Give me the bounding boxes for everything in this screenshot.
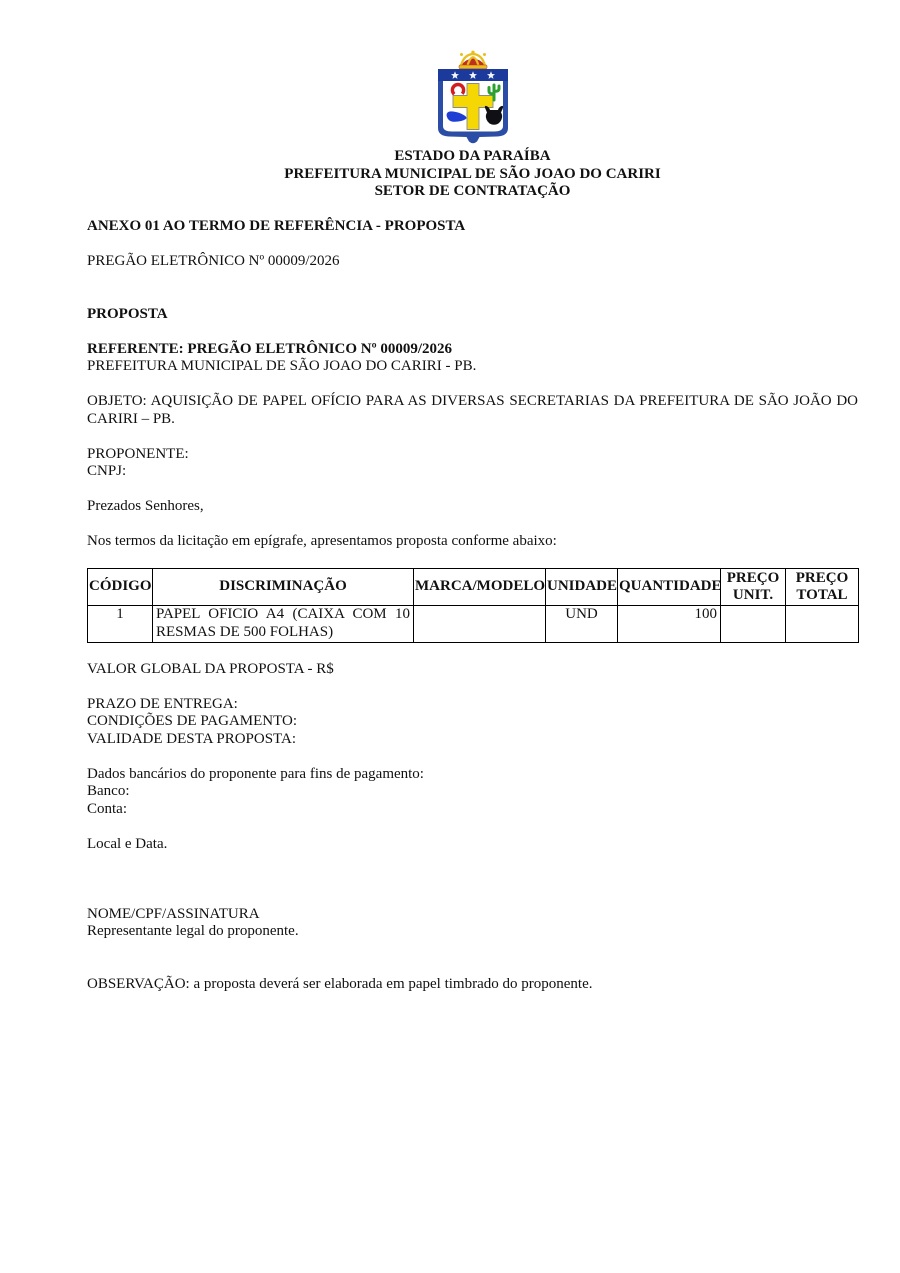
signature-role-line: Representante legal do proponente. bbox=[87, 923, 858, 941]
table-row: 1 PAPEL OFICIO A4 (CAIXA COM 10 RESMAS D… bbox=[88, 606, 859, 643]
payment-terms-label: CONDIÇÕES DE PAGAMENTO: bbox=[87, 713, 858, 731]
items-table-header-row: CÓDIGO DISCRIMINAÇÃO MARCA/MODELO UNIDAD… bbox=[88, 569, 859, 606]
account-label: Conta: bbox=[87, 801, 858, 819]
reference-line: REFERENTE: PREGÃO ELETRÔNICO Nº 00009/20… bbox=[87, 341, 858, 359]
salutation-line: Prezados Senhores, bbox=[87, 498, 858, 516]
cell-preco-unit bbox=[721, 606, 786, 643]
municipal-crest-icon bbox=[431, 50, 515, 146]
cell-codigo: 1 bbox=[88, 606, 153, 643]
signature-caption: NOME/CPF/ASSINATURA bbox=[87, 906, 858, 924]
proposal-heading: PROPOSTA bbox=[87, 306, 858, 324]
cnpj-label: CNPJ: bbox=[87, 463, 858, 481]
col-header-preco-total: PREÇO TOTAL bbox=[786, 569, 859, 606]
bank-label: Banco: bbox=[87, 783, 858, 801]
org-header: ESTADO DA PARAÍBA PREFEITURA MUNICIPAL D… bbox=[87, 148, 858, 201]
intro-line: Nos termos da licitação em epígrafe, apr… bbox=[87, 533, 858, 551]
object-clause: OBJETO: AQUISIÇÃO DE PAPEL OFÍCIO PARA A… bbox=[87, 393, 858, 428]
document-content: ESTADO DA PARAÍBA PREFEITURA MUNICIPAL D… bbox=[87, 0, 858, 993]
bank-data-intro: Dados bancários do proponente para fins … bbox=[87, 766, 858, 784]
place-date-line: Local e Data. bbox=[87, 836, 858, 854]
org-municipality-line: PREFEITURA MUNICIPAL DE SÃO JOAO DO CARI… bbox=[87, 166, 858, 184]
observation-note: OBSERVAÇÃO: a proposta deverá ser elabor… bbox=[87, 976, 858, 994]
cell-preco-total bbox=[786, 606, 859, 643]
proponent-label: PROPONENTE: bbox=[87, 446, 858, 464]
annex-title: ANEXO 01 AO TERMO DE REFERÊNCIA - PROPOS… bbox=[87, 218, 858, 236]
reference-entity-line: PREFEITURA MUNICIPAL DE SÃO JOAO DO CARI… bbox=[87, 358, 858, 376]
col-header-codigo: CÓDIGO bbox=[88, 569, 153, 606]
shield-icon bbox=[438, 69, 508, 143]
org-department-line: SETOR DE CONTRATAÇÃO bbox=[87, 183, 858, 201]
col-header-unidade: UNIDADE bbox=[546, 569, 618, 606]
cell-unidade: UND bbox=[546, 606, 618, 643]
cell-quantidade: 100 bbox=[618, 606, 721, 643]
crown-icon bbox=[459, 51, 487, 69]
auction-number-line: PREGÃO ELETRÔNICO Nº 00009/2026 bbox=[87, 253, 858, 271]
col-header-marca-modelo: MARCA/MODELO bbox=[414, 569, 546, 606]
col-header-quantidade: QUANTIDADE bbox=[618, 569, 721, 606]
col-header-discriminacao: DISCRIMINAÇÃO bbox=[153, 569, 414, 606]
validity-label: VALIDADE DESTA PROPOSTA: bbox=[87, 731, 858, 749]
cell-discriminacao: PAPEL OFICIO A4 (CAIXA COM 10 RESMAS DE … bbox=[153, 606, 414, 643]
delivery-term-label: PRAZO DE ENTREGA: bbox=[87, 696, 858, 714]
global-value-line: VALOR GLOBAL DA PROPOSTA - R$ bbox=[87, 661, 858, 679]
col-header-preco-unit: PREÇO UNIT. bbox=[721, 569, 786, 606]
items-table: CÓDIGO DISCRIMINAÇÃO MARCA/MODELO UNIDAD… bbox=[87, 568, 859, 643]
org-state-line: ESTADO DA PARAÍBA bbox=[87, 148, 858, 166]
cell-marca-modelo bbox=[414, 606, 546, 643]
document-page: ESTADO DA PARAÍBA PREFEITURA MUNICIPAL D… bbox=[0, 0, 900, 1273]
